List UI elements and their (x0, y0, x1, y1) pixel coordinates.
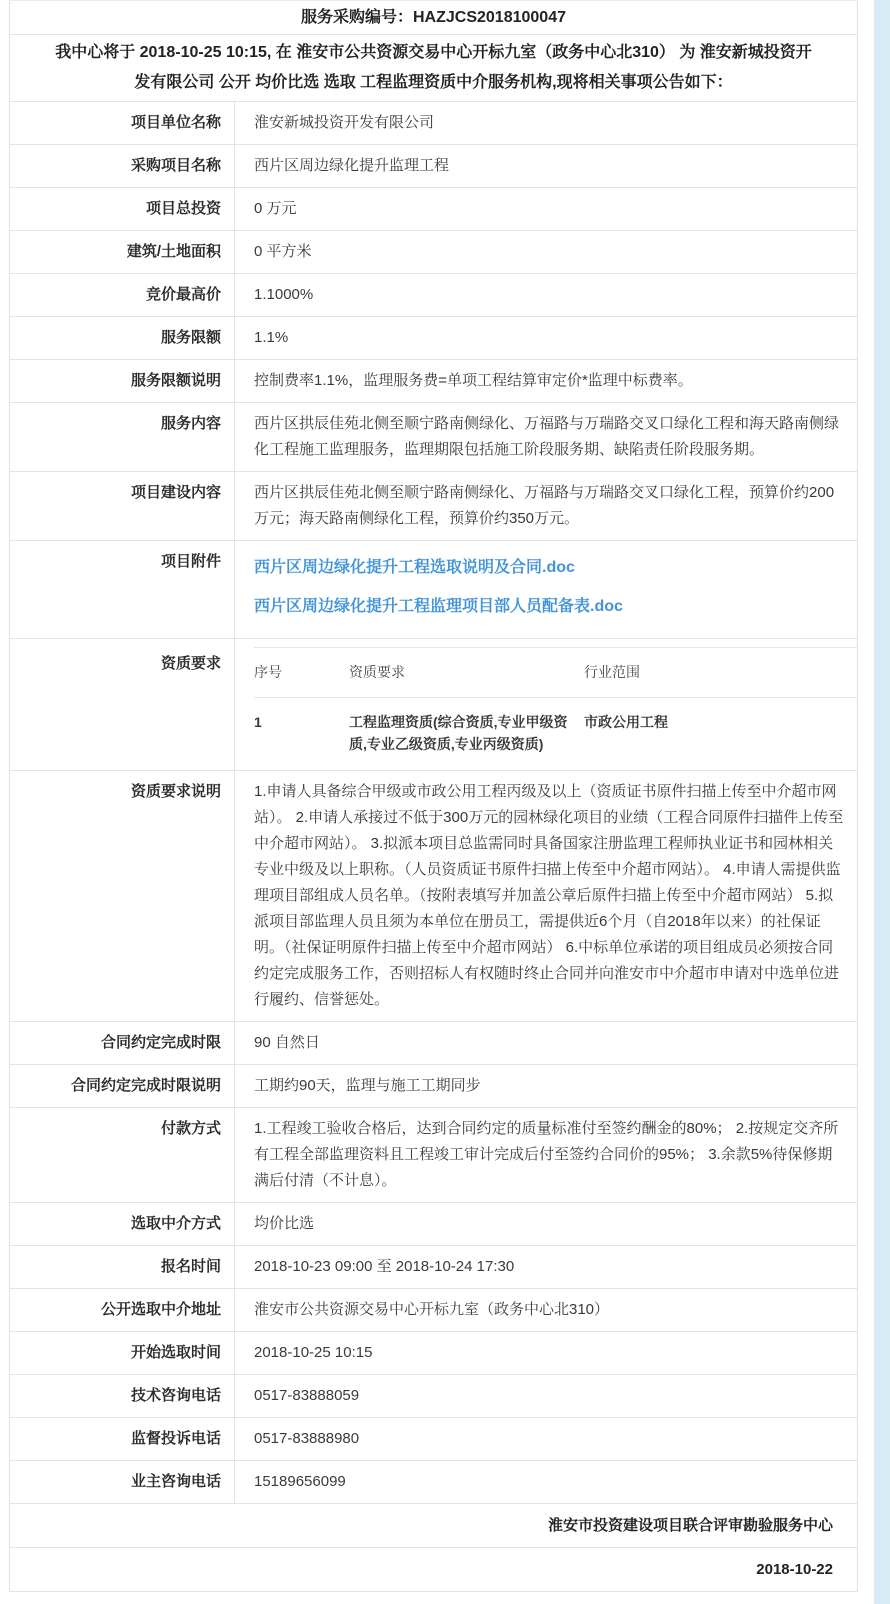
field-label: 服务限额说明 (10, 360, 235, 402)
field-label: 竞价最高价 (10, 274, 235, 316)
row-payment-method: 付款方式 1.工程竣工验收合格后，达到合同约定的质量标准付至签约酬金的80%； … (10, 1108, 857, 1203)
field-value: 2018-10-25 10:15 (235, 1332, 857, 1374)
field-label: 开始选取时间 (10, 1332, 235, 1374)
field-value: 0 万元 (235, 188, 857, 230)
row-contract-completion-time-note: 合同约定完成时限说明 工期约90天，监理与施工工期同步 (10, 1065, 857, 1108)
content-panel: 服务采购编号：HAZJCS2018100047 我中心将于 2018-10-25… (0, 0, 874, 1604)
field-value: 均价比选 (235, 1203, 857, 1245)
field-label: 选取中介方式 (10, 1203, 235, 1245)
qualification-table-wrap: 序号 资质要求 行业范围 1 工程监理资质(综合资质,专业甲级资质,专业乙级资质… (235, 639, 857, 770)
attachment-list: 西片区周边绿化提升工程选取说明及合同.doc 西片区周边绿化提升工程监理项目部人… (235, 541, 857, 638)
qualification-header-row: 序号 资质要求 行业范围 (254, 648, 857, 698)
field-label: 项目单位名称 (10, 102, 235, 144)
attachment-link-doc-1[interactable]: 西片区周边绿化提升工程选取说明及合同.doc (254, 554, 575, 582)
field-value: 0517-83888980 (235, 1418, 857, 1460)
issuing-organization: 淮安市投资建设项目联合评审勘验服务中心 (10, 1504, 857, 1548)
field-label: 项目附件 (10, 541, 235, 638)
row-qualification-requirement: 资质要求 序号 资质要求 行业范围 1 工程监理资质(综合资质 (10, 639, 857, 771)
qual-requirement: 工程监理资质(综合资质,专业甲级资质,专业乙级资质,专业丙级资质) (349, 698, 584, 771)
field-label: 付款方式 (10, 1108, 235, 1202)
field-value: 控制费率1.1%，监理服务费=单项工程结算审定价*监理中标费率。 (235, 360, 857, 402)
row-project-unit-name: 项目单位名称 淮安新城投资开发有限公司 (10, 102, 857, 145)
procurement-number-header: 服务采购编号：HAZJCS2018100047 (10, 1, 857, 35)
field-value: 15189656099 (235, 1461, 857, 1503)
field-value: 西片区拱辰佳苑北侧至顺宁路南侧绿化、万福路与万瑞路交叉口绿化工程，预算价约200… (235, 472, 857, 540)
field-value: 90 自然日 (235, 1022, 857, 1064)
qualification-table: 序号 资质要求 行业范围 1 工程监理资质(综合资质,专业甲级资质,专业乙级资质… (254, 647, 857, 770)
field-label: 公开选取中介地址 (10, 1289, 235, 1331)
row-procurement-project-name: 采购项目名称 西片区周边绿化提升监理工程 (10, 145, 857, 188)
field-value: 1.申请人具备综合甲级或市政公用工程丙级及以上（资质证书原件扫描上传至中介超市网… (235, 771, 857, 1021)
field-value: 0517-83888059 (235, 1375, 857, 1417)
row-registration-time: 报名时间 2018-10-23 09:00 至 2018-10-24 17:30 (10, 1246, 857, 1289)
field-value: 2018-10-23 09:00 至 2018-10-24 17:30 (235, 1246, 857, 1288)
qual-col-industry: 行业范围 (584, 648, 857, 698)
qual-col-requirement: 资质要求 (349, 648, 584, 698)
field-value: 0 平方米 (235, 231, 857, 273)
row-technical-consult-phone: 技术咨询电话 0517-83888059 (10, 1375, 857, 1418)
row-qualification-requirement-note: 资质要求说明 1.申请人具备综合甲级或市政公用工程丙级及以上（资质证书原件扫描上… (10, 771, 857, 1022)
announcement-date: 2018-10-22 (10, 1548, 857, 1592)
field-value: 西片区周边绿化提升监理工程 (235, 145, 857, 187)
row-owner-consult-phone: 业主咨询电话 15189656099 (10, 1461, 857, 1504)
field-label: 合同约定完成时限 (10, 1022, 235, 1064)
field-value: 西片区拱辰佳苑北侧至顺宁路南侧绿化、万福路与万瑞路交叉口绿化工程和海天路南侧绿化… (235, 403, 857, 471)
row-public-selection-address: 公开选取中介地址 淮安市公共资源交易中心开标九室（政务中心北310） (10, 1289, 857, 1332)
field-label: 业主咨询电话 (10, 1461, 235, 1503)
announcement-intro: 我中心将于 2018-10-25 10:15, 在 淮安市公共资源交易中心开标九… (10, 35, 857, 102)
announcement-table: 服务采购编号：HAZJCS2018100047 我中心将于 2018-10-25… (9, 0, 858, 1592)
qual-no: 1 (254, 698, 349, 771)
row-contract-completion-time: 合同约定完成时限 90 自然日 (10, 1022, 857, 1065)
row-building-land-area: 建筑/土地面积 0 平方米 (10, 231, 857, 274)
row-supervision-complaint-phone: 监督投诉电话 0517-83888980 (10, 1418, 857, 1461)
row-selection-start-time: 开始选取时间 2018-10-25 10:15 (10, 1332, 857, 1375)
field-label: 服务限额 (10, 317, 235, 359)
field-value: 1.工程竣工验收合格后，达到合同约定的质量标准付至签约酬金的80%； 2.按规定… (235, 1108, 857, 1202)
field-label: 项目总投资 (10, 188, 235, 230)
field-label: 资质要求说明 (10, 771, 235, 1021)
field-value: 工期约90天，监理与施工工期同步 (235, 1065, 857, 1107)
row-service-limit: 服务限额 1.1% (10, 317, 857, 360)
field-value: 1.1% (235, 317, 857, 359)
field-value: 1.1000% (235, 274, 857, 316)
row-service-limit-note: 服务限额说明 控制费率1.1%，监理服务费=单项工程结算审定价*监理中标费率。 (10, 360, 857, 403)
row-max-bid-price: 竞价最高价 1.1000% (10, 274, 857, 317)
qual-col-no: 序号 (254, 648, 349, 698)
field-label: 建筑/土地面积 (10, 231, 235, 273)
field-label: 监督投诉电话 (10, 1418, 235, 1460)
row-total-investment: 项目总投资 0 万元 (10, 188, 857, 231)
field-value: 淮安新城投资开发有限公司 (235, 102, 857, 144)
field-label: 服务内容 (10, 403, 235, 471)
field-label: 合同约定完成时限说明 (10, 1065, 235, 1107)
attachment-link-doc-2[interactable]: 西片区周边绿化提升工程监理项目部人员配备表.doc (254, 593, 623, 621)
field-label: 采购项目名称 (10, 145, 235, 187)
qualification-data-row: 1 工程监理资质(综合资质,专业甲级资质,专业乙级资质,专业丙级资质) 市政公用… (254, 698, 857, 771)
row-project-attachments: 项目附件 西片区周边绿化提升工程选取说明及合同.doc 西片区周边绿化提升工程监… (10, 541, 857, 639)
row-service-content: 服务内容 西片区拱辰佳苑北侧至顺宁路南侧绿化、万福路与万瑞路交叉口绿化工程和海天… (10, 403, 857, 472)
field-label: 项目建设内容 (10, 472, 235, 540)
field-label: 资质要求 (10, 639, 235, 770)
field-label: 技术咨询电话 (10, 1375, 235, 1417)
field-label: 报名时间 (10, 1246, 235, 1288)
qual-industry: 市政公用工程 (584, 698, 857, 771)
row-project-construction-content: 项目建设内容 西片区拱辰佳苑北侧至顺宁路南侧绿化、万福路与万瑞路交叉口绿化工程，… (10, 472, 857, 541)
field-value: 淮安市公共资源交易中心开标九室（政务中心北310） (235, 1289, 857, 1331)
row-agency-selection-method: 选取中介方式 均价比选 (10, 1203, 857, 1246)
